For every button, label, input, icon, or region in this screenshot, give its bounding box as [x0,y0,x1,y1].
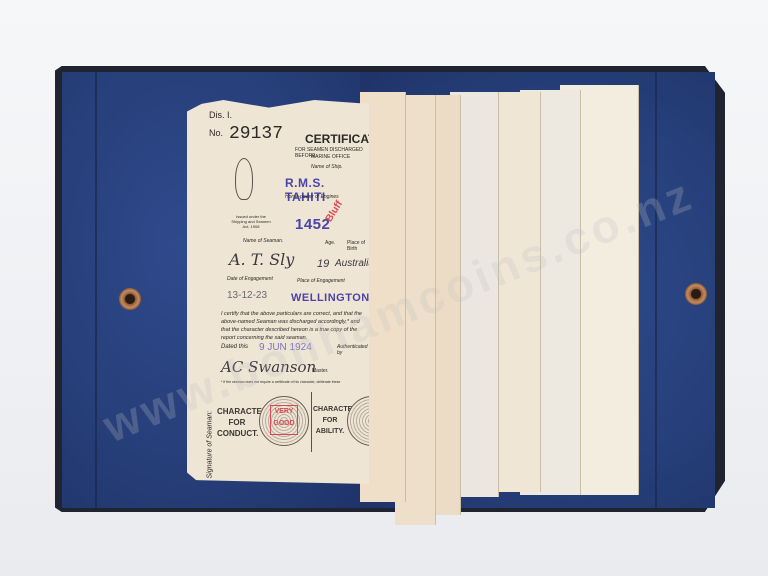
certificate-subtitle-2: MARINE OFFICE [311,154,350,160]
field-horse-power: Horse-power of Engines [285,194,339,200]
field-name-of-ship: Name of Ship. [311,164,343,170]
place-of-birth: Australia [335,258,374,269]
form-code: Dis. I. [209,110,232,120]
date-of-engagement: 13-12-23 [227,290,267,301]
conduct-stamp-very-good: VERY GOOD [270,405,298,435]
age-value: 19 [317,258,329,270]
character-ability-label: CHARACTER FOR ABILITY. [313,404,347,437]
character-conduct-label: CHARACTER FOR CONDUCT. [217,406,257,439]
seaman-name-handwritten: A. T. Sly [229,250,294,269]
field-age: Age. [325,240,335,246]
field-date-of-engagement: Date of Engagement [227,276,273,282]
crown-anchor-crest-icon [235,158,253,200]
field-name-of-seaman: Name of Seaman. [243,238,283,244]
number-label: No. [209,128,223,138]
divider [311,392,312,452]
certificate-number: 29137 [229,124,283,144]
folder-left-crease [95,72,97,508]
field-place-of-birth: Place of Birth [347,240,369,252]
right-grommet-icon [685,283,707,305]
folder-right-crease [655,72,657,508]
conduct-seal: VERY GOOD [259,396,309,446]
discharge-certificate: Dis. I. No. 29137 CERTIFICATE FOR SEAMEN… [187,100,369,484]
field-place-of-engagement: Place of Engagement [297,278,345,284]
issued-under-note: Issued under the Shipping and Seamen Act… [231,214,271,229]
left-grommet-icon [119,288,141,310]
